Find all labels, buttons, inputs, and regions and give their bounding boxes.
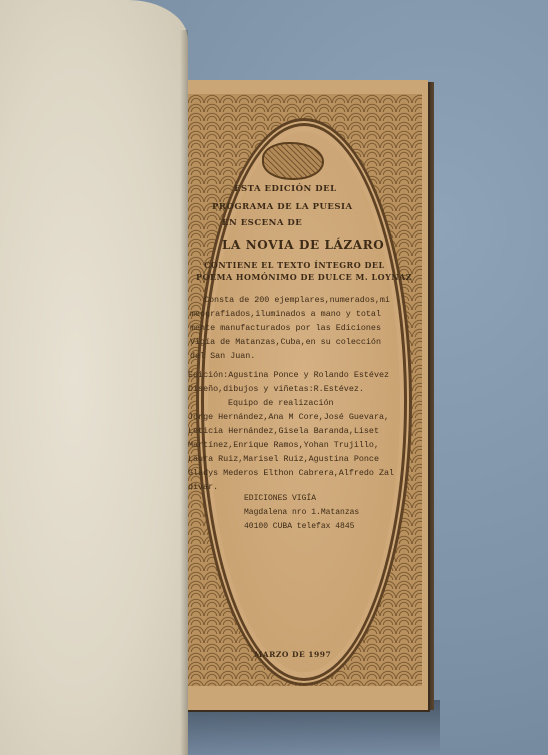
credits-line-7: Laura Ruiz,Marisel Ruiz,Agustina Ponce bbox=[188, 454, 379, 464]
header-line-3: EN ESCENA DE bbox=[222, 218, 302, 228]
credits-line-3: Equipo de realización bbox=[228, 398, 334, 408]
date-footer: MARZO DE 1997 bbox=[254, 650, 331, 659]
body-line-2: meografiados,iluminados a mano y total bbox=[190, 309, 381, 319]
credits-line-8: Gladys Mederos Elthon Cabrera,Alfredo Za… bbox=[188, 468, 394, 478]
blank-left-page bbox=[0, 0, 188, 755]
header-line-2: PROGRAMA DE LA PUESIA bbox=[212, 202, 353, 212]
fish-emblem-icon bbox=[262, 142, 324, 180]
publisher-name: EDICIONES VIGÍA bbox=[244, 494, 316, 503]
body-line-5: del San Juan. bbox=[190, 351, 255, 361]
body-line-3: mente manufacturados por las Ediciones bbox=[190, 323, 381, 333]
publisher-address: Magdalena nro 1.Matanzas bbox=[244, 508, 359, 517]
publisher-contact: 40100 CUBA telefax 4845 bbox=[244, 522, 354, 531]
subtitle-line-2: POEMA HOMÓNIMO DE DULCE M. LOYNAZ bbox=[196, 272, 412, 282]
body-line-1: Consta de 200 ejemplares,numerados,mi bbox=[204, 295, 390, 305]
credits-line-2: Diseño,dibujos y viñetas:R.Estévez. bbox=[188, 384, 364, 394]
book-title: LA NOVIA DE LÁZARO bbox=[222, 238, 384, 252]
printed-page: ESTA EDICIÓN DEL PROGRAMA DE LA PUESIA E… bbox=[182, 80, 428, 710]
subtitle-line-1: CONTIENE EL TEXTO ÍNTEGRO DEL bbox=[204, 260, 385, 270]
credits-line-6: Martínez,Enrique Ramos,Yohan Trujillo, bbox=[188, 440, 379, 450]
credits-line-4: Jorge Hernández,Ana M Core,José Guevara, bbox=[188, 412, 389, 422]
credits-line-9: dívar. bbox=[188, 482, 218, 492]
header-line-1: ESTA EDICIÓN DEL bbox=[234, 184, 337, 194]
body-line-4: Vigía de Matanzas,Cuba,en su colección bbox=[190, 337, 381, 347]
credits-line-5: Leticia Hernández,Gisela Baranda,Liset bbox=[188, 426, 379, 436]
credits-line-1: Edición:Agustina Ponce y Rolando Estévez bbox=[188, 370, 389, 380]
